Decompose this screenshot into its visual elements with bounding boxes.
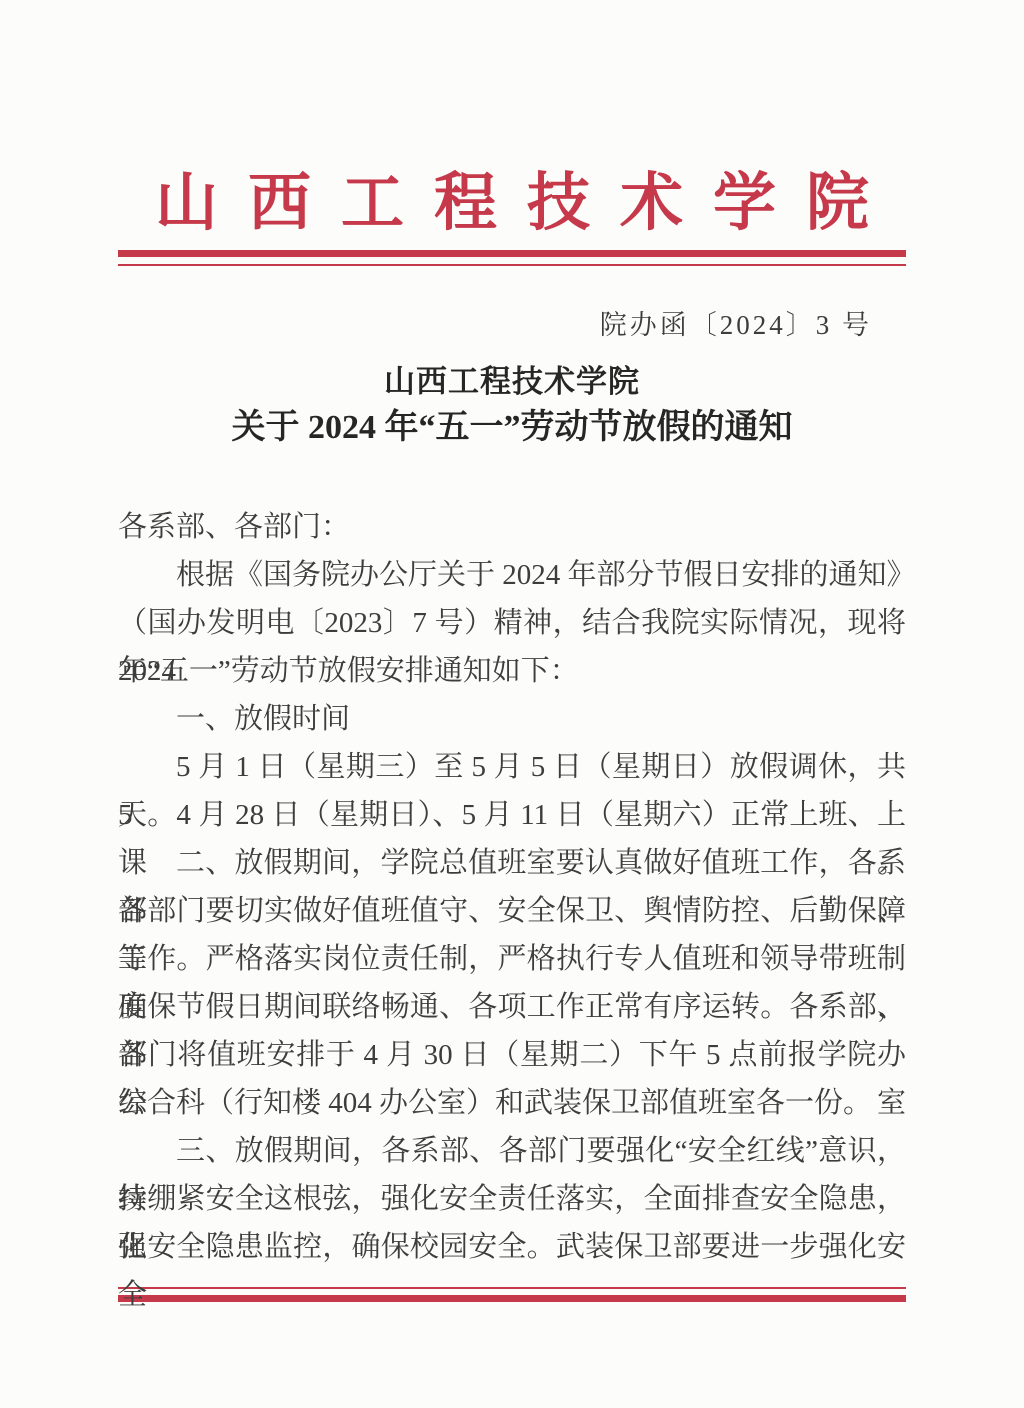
scanned-notice-page: 山西工程技术学院 院办函〔2024〕3 号 山西工程技术学院 关于 2024 年… xyxy=(0,0,1024,1408)
body-line: 确保节假日期间联络畅通、各项工作正常有序运转。各系部、各 xyxy=(118,983,906,1031)
body-line: 各部门要切实做好值班值守、安全保卫、舆情防控、后勤保障等 xyxy=(118,887,906,935)
letterhead-rule-thin xyxy=(118,264,906,266)
notice-title-line1: 山西工程技术学院 xyxy=(118,360,906,404)
body-line: 续绷紧安全这根弦，强化安全责任落实，全面排查安全隐患，强 xyxy=(118,1175,906,1223)
body-line: 二、放假期间，学院总值班室要认真做好值班工作，各系部、 xyxy=(118,839,906,887)
body-line: 三、放假期间，各系部、各部门要强化“安全红线”意识，持 xyxy=(118,1127,906,1175)
body-line: 各系部、各部门： xyxy=(118,503,906,551)
body-line: 一、放假时间 xyxy=(118,695,906,743)
notice-body: 各系部、各部门：根据《国务院办公厅关于 2024 年部分节假日安排的通知》（国办… xyxy=(118,503,906,1271)
body-line: 部门将值班安排于 4 月 30 日（星期二）下午 5 点前报学院办公室 xyxy=(118,1031,906,1079)
body-line: 化安全隐患监控，确保校园安全。武装保卫部要进一步强化安全 xyxy=(118,1223,906,1271)
footer-rule-thick xyxy=(118,1295,906,1302)
body-line: 年“五一”劳动节放假安排通知如下： xyxy=(118,647,906,695)
footer-rules xyxy=(118,1287,906,1302)
body-line: 天。4 月 28 日（星期日）、5 月 11 日（星期六）正常上班、上课。 xyxy=(118,791,906,839)
notice-title: 山西工程技术学院 关于 2024 年“五一”劳动节放假的通知 xyxy=(118,360,906,451)
notice-title-line2: 关于 2024 年“五一”劳动节放假的通知 xyxy=(118,404,906,451)
document-number: 院办函〔2024〕3 号 xyxy=(118,308,906,342)
letterhead-rules xyxy=(118,250,906,266)
body-line: （国办发明电〔2023〕7 号）精神，结合我院实际情况，现将 2024 xyxy=(118,599,906,647)
body-line: 根据《国务院办公厅关于 2024 年部分节假日安排的通知》 xyxy=(118,551,906,599)
letterhead-institution-name: 山西工程技术学院 xyxy=(118,0,906,250)
body-line: 5 月 1 日（星期三）至 5 月 5 日（星期日）放假调休，共 5 xyxy=(118,743,906,791)
letterhead-rule-thick xyxy=(118,250,906,257)
page-content: 山西工程技术学院 院办函〔2024〕3 号 山西工程技术学院 关于 2024 年… xyxy=(0,0,1024,1302)
body-line: 工作。严格落实岗位责任制，严格执行专人值班和领导带班制度， xyxy=(118,935,906,983)
body-line: 综合科（行知楼 404 办公室）和武装保卫部值班室各一份。 xyxy=(118,1079,906,1127)
footer-rule-thin xyxy=(118,1287,906,1289)
